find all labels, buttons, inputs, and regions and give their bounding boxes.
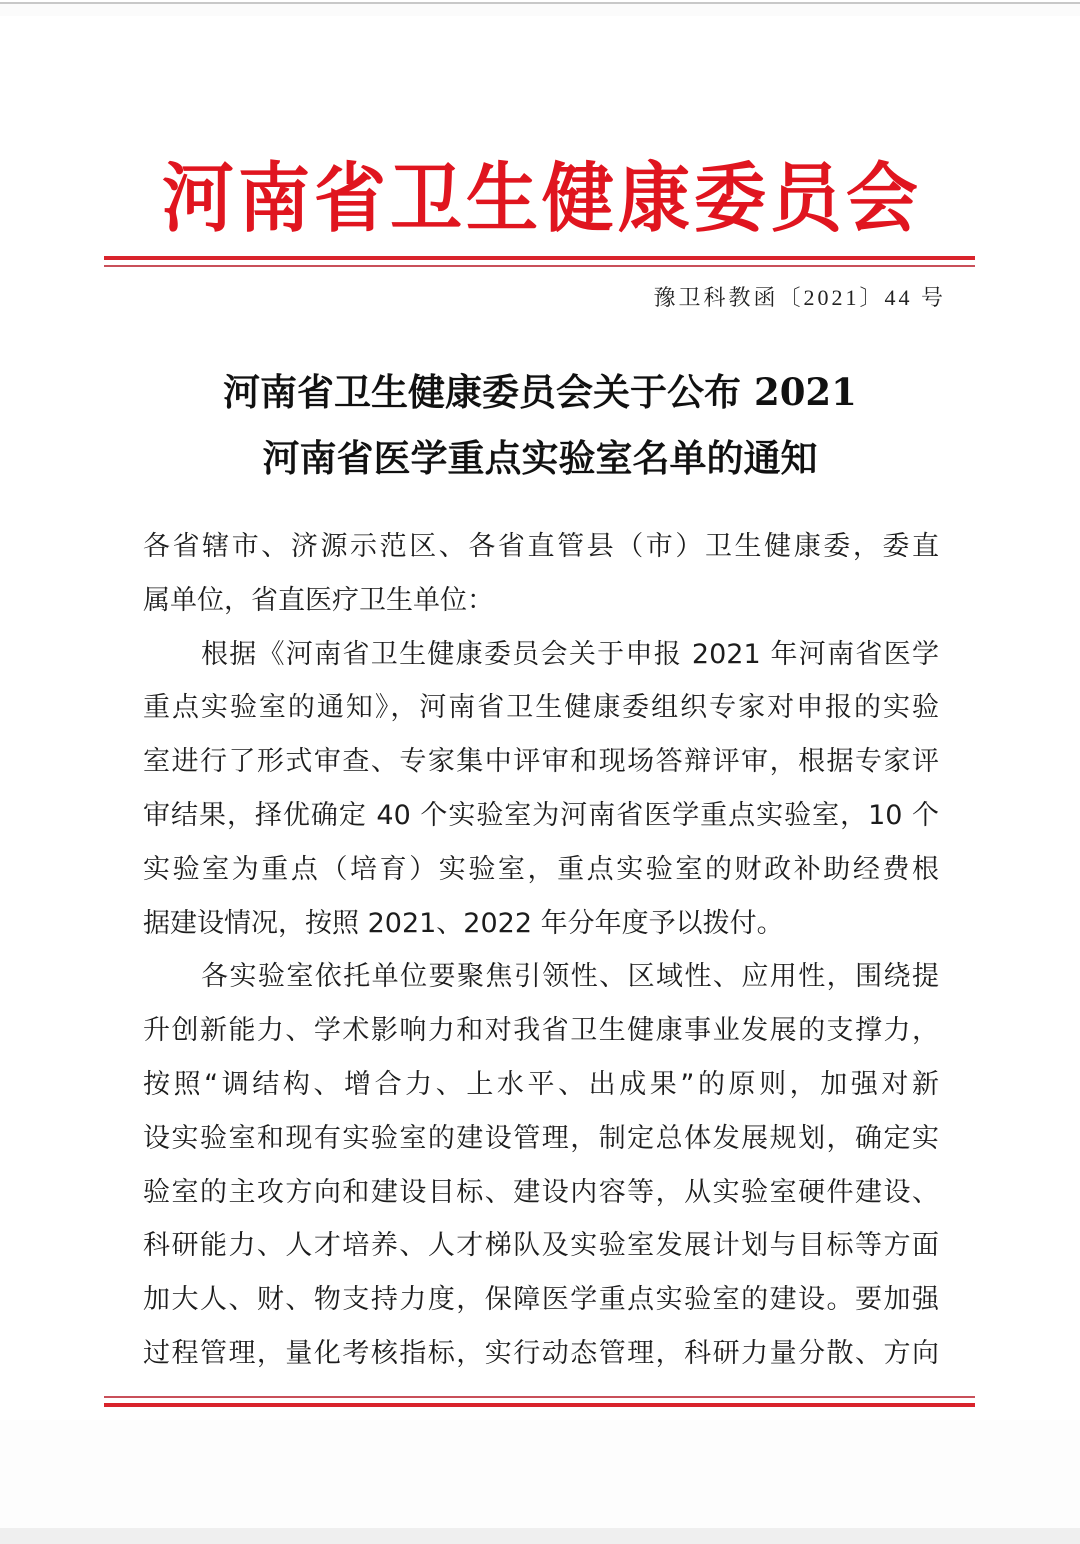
- body-line: 过程管理，量化考核指标，实行动态管理，科研力量分散、方向: [143, 1327, 939, 1381]
- letterhead-org-name: 河 南 省 卫 生 健 康 委 员 会: [140, 150, 940, 246]
- footer-rule-thick: [104, 1403, 975, 1407]
- letterhead-char: 卫: [390, 148, 462, 249]
- body-line: 设实验室和现有实验室的建设管理，制定总体发展规划，确定实: [143, 1112, 939, 1166]
- body-line-addressee: 各省辖市、济源示范区、各省直管县（市）卫生健康委，委直: [143, 520, 939, 574]
- letterhead-char: 生: [466, 148, 538, 249]
- letterhead-char: 康: [618, 148, 690, 249]
- body-line-addressee: 属单位，省直医疗卫生单位：: [143, 574, 939, 628]
- top-shade: [0, 4, 1080, 16]
- document-body: 各省辖市、济源示范区、各省直管县（市）卫生健康委，委直 属单位，省直医疗卫生单位…: [143, 520, 939, 1381]
- header-rule-thin: [104, 265, 975, 267]
- body-line: 重点实验室的通知》，河南省卫生健康委组织专家对申报的实验: [143, 681, 939, 735]
- letterhead-char: 委: [694, 148, 766, 249]
- footer-rule-thin: [104, 1396, 975, 1398]
- body-line: 根据《河南省卫生健康委员会关于申报 2021 年河南省医学: [143, 628, 939, 682]
- header-rule-thick: [104, 256, 975, 260]
- body-line: 验室的主攻方向和建设目标、建设内容等，从实验室硬件建设、: [143, 1166, 939, 1220]
- body-line: 室进行了形式审查、专家集中评审和现场答辩评审，根据专家评: [143, 735, 939, 789]
- bottom-shade: [0, 1420, 1080, 1528]
- body-line: 科研能力、人才培养、人才梯队及实验室发展计划与目标等方面: [143, 1219, 939, 1273]
- letterhead-char: 河: [162, 148, 234, 249]
- body-line: 据建设情况，按照 2021、2022 年分年度予以拨付。: [143, 897, 939, 951]
- document-title-line-2: 河南省医学重点实验室名单的通知: [0, 434, 1080, 482]
- body-line: 各实验室依托单位要聚焦引领性、区域性、应用性，围绕提: [143, 950, 939, 1004]
- body-line: 按照“调结构、增合力、上水平、出成果”的原则，加强对新: [143, 1058, 939, 1112]
- letterhead-char: 健: [542, 148, 614, 249]
- letterhead-char: 会: [846, 148, 918, 249]
- letterhead-char: 省: [314, 148, 386, 249]
- body-line: 审结果，择优确定 40 个实验室为河南省医学重点实验室，10 个: [143, 789, 939, 843]
- body-line: 加大人、财、物支持力度，保障医学重点实验室的建设。要加强: [143, 1273, 939, 1327]
- body-line: 实验室为重点（培育）实验室，重点实验室的财政补助经费根: [143, 843, 939, 897]
- document-number: 豫卫科教函〔2021〕44 号: [653, 282, 946, 314]
- letterhead-char: 员: [770, 148, 842, 249]
- body-line: 升创新能力、学术影响力和对我省卫生健康事业发展的支撑力，: [143, 1004, 939, 1058]
- document-title-line-1: 河南省卫生健康委员会关于公布 2021: [0, 368, 1080, 416]
- bottom-edge-bar: [0, 1528, 1080, 1544]
- letterhead-char: 南: [238, 148, 310, 249]
